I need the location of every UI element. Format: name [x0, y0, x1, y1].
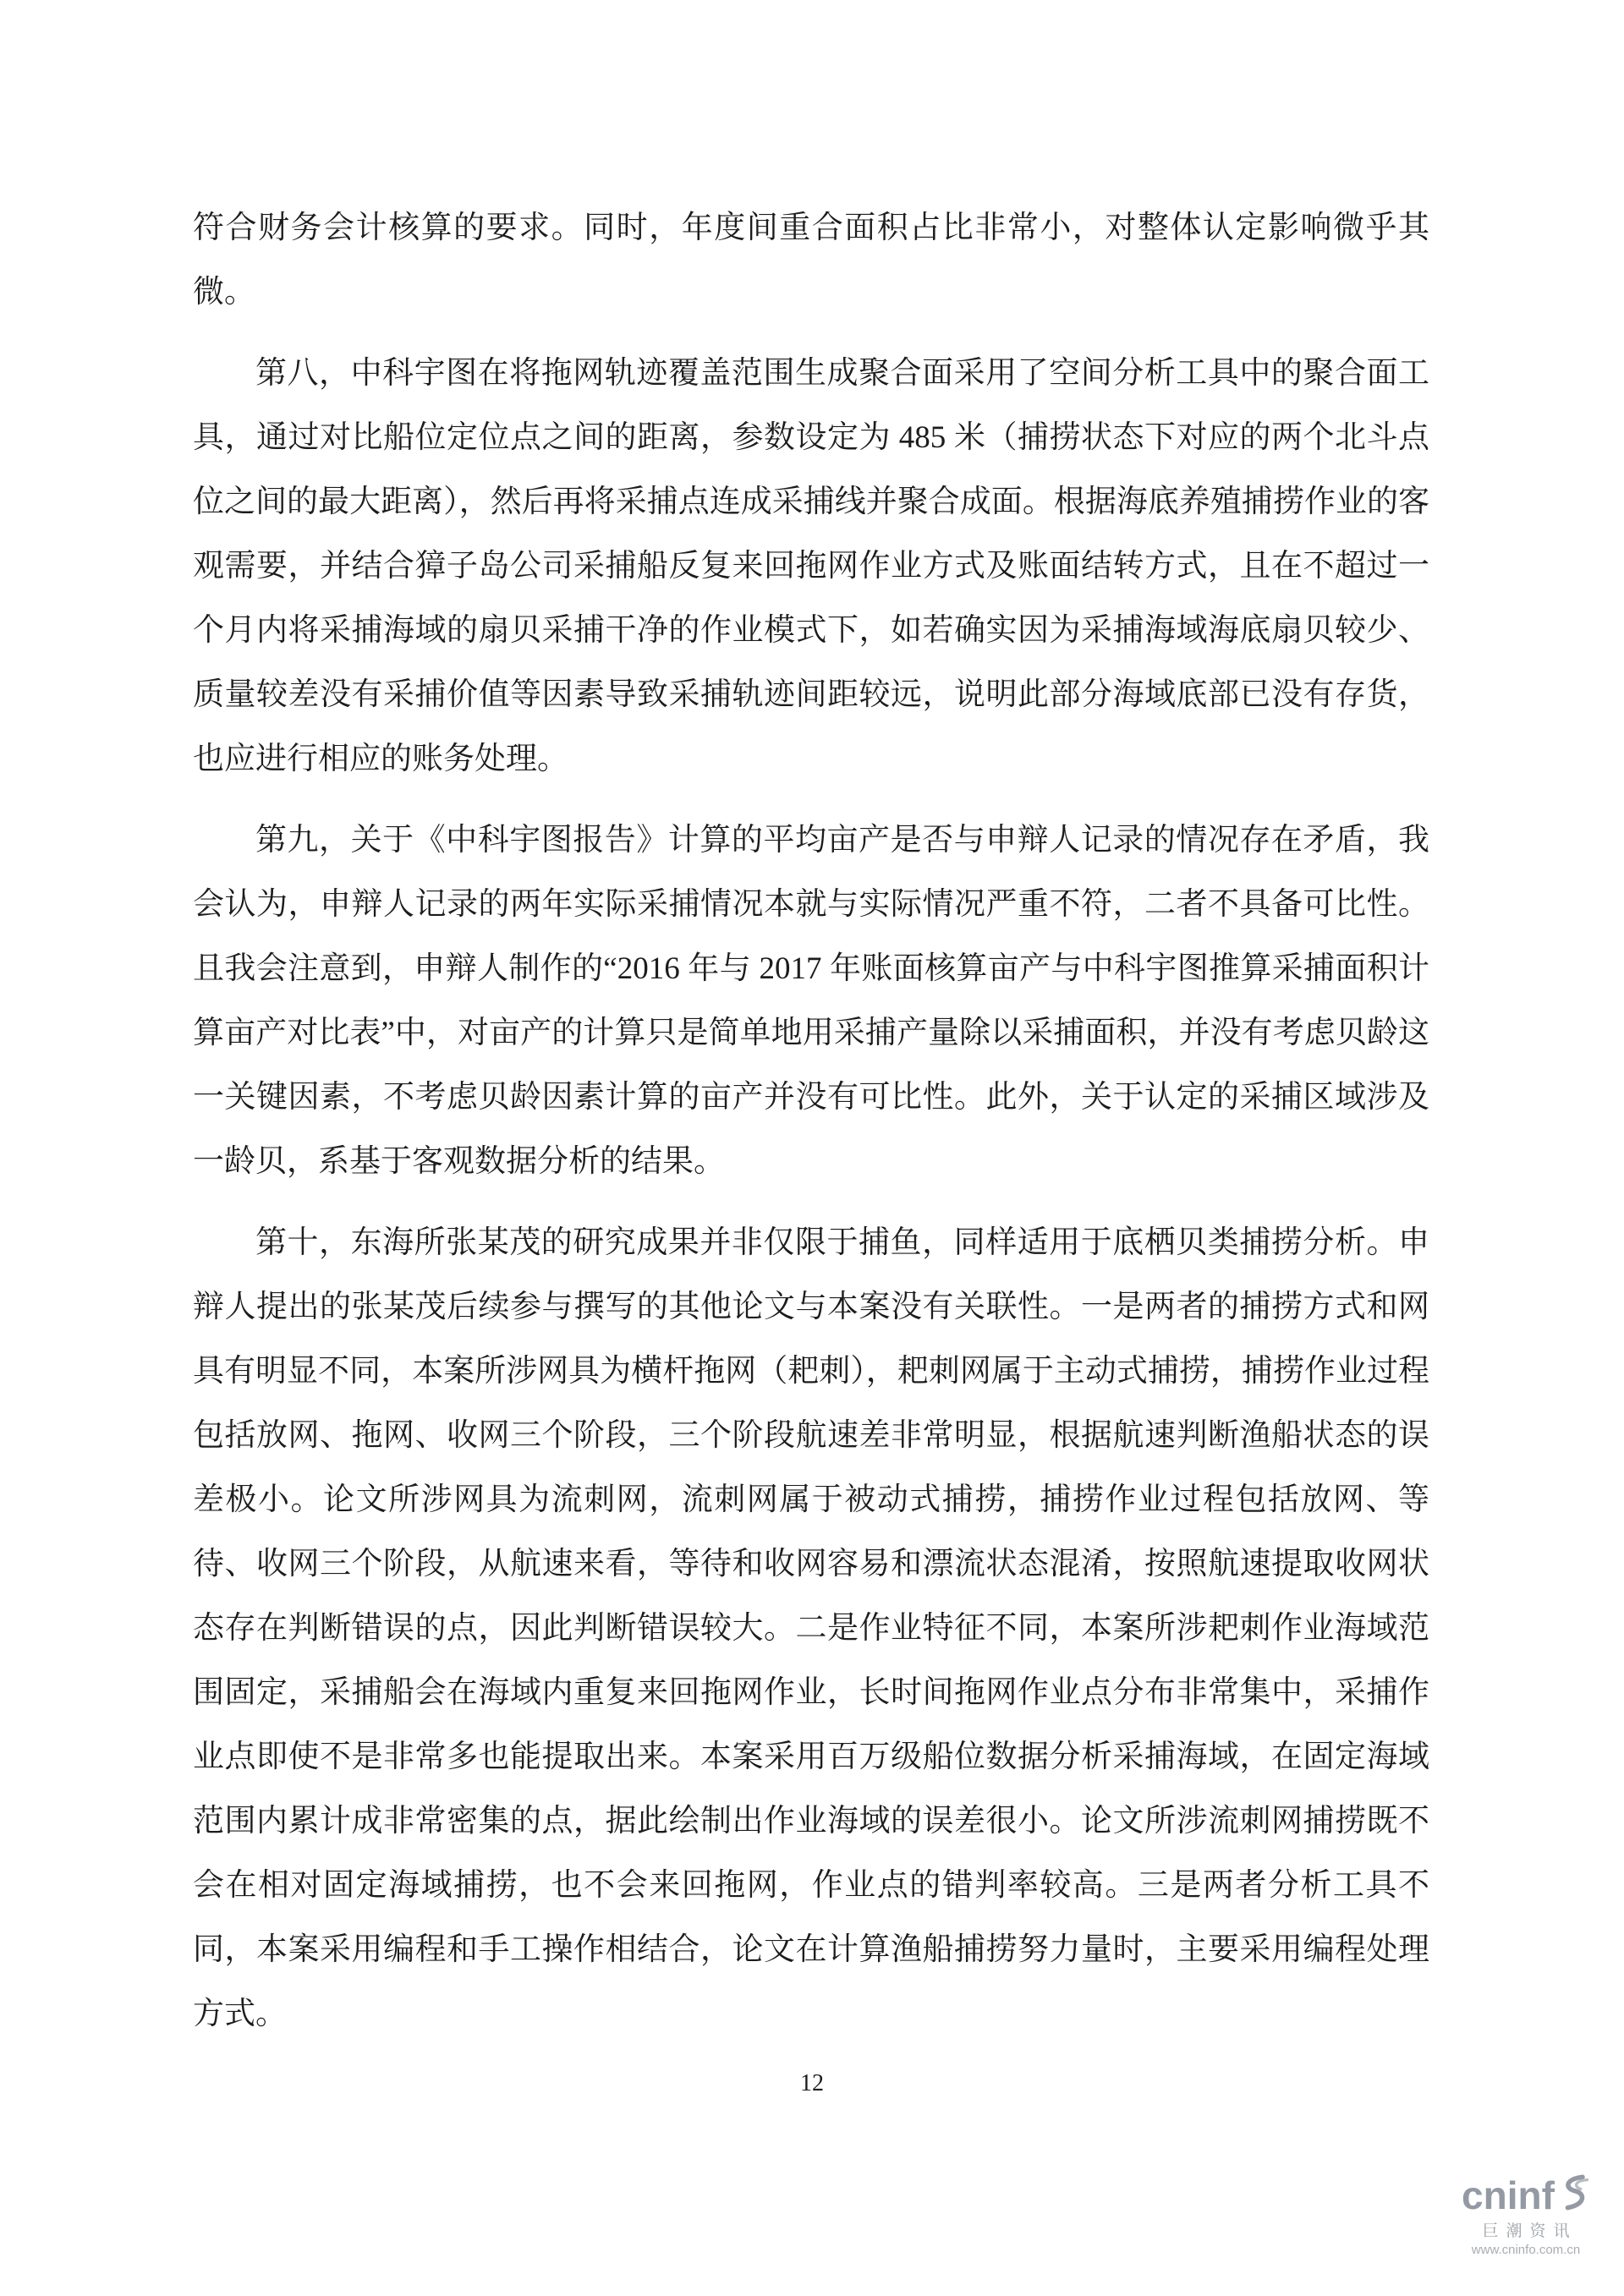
cninfo-cn-name: 巨潮资讯 [1441, 2218, 1610, 2241]
paragraph-3: 第九，关于《中科宇图报告》计算的平均亩产是否与申辩人记录的情况存在矛盾，我会认为… [193, 808, 1429, 1194]
cninfo-brand-row: cninf [1441, 2174, 1610, 2216]
paragraph-4: 第十，东海所张某茂的研究成果并非仅限于捕鱼，同样适用于底栖贝类捕捞分析。申辩人提… [193, 1211, 1429, 2047]
cninfo-logo: cninf 巨潮资讯 www.cninfo.com.cn [1441, 2174, 1610, 2257]
page-number: 12 [0, 2070, 1624, 2097]
paragraph-2: 第八，中科宇图在将拖网轨迹覆盖范围生成聚合面采用了空间分析工具中的聚合面工具，通… [193, 342, 1429, 792]
cninfo-swoosh-icon [1556, 2174, 1590, 2216]
document-body: 符合财务会计核算的要求。同时，年度间重合面积占比非常小，对整体认定影响微乎其微。… [193, 196, 1429, 2063]
document-page: 符合财务会计核算的要求。同时，年度间重合面积占比非常小，对整体认定影响微乎其微。… [0, 0, 1624, 2296]
cninfo-brand-text: cninf [1462, 2176, 1555, 2215]
cninfo-url: www.cninfo.com.cn [1441, 2243, 1610, 2257]
paragraph-1: 符合财务会计核算的要求。同时，年度间重合面积占比非常小，对整体认定影响微乎其微。 [193, 196, 1429, 325]
